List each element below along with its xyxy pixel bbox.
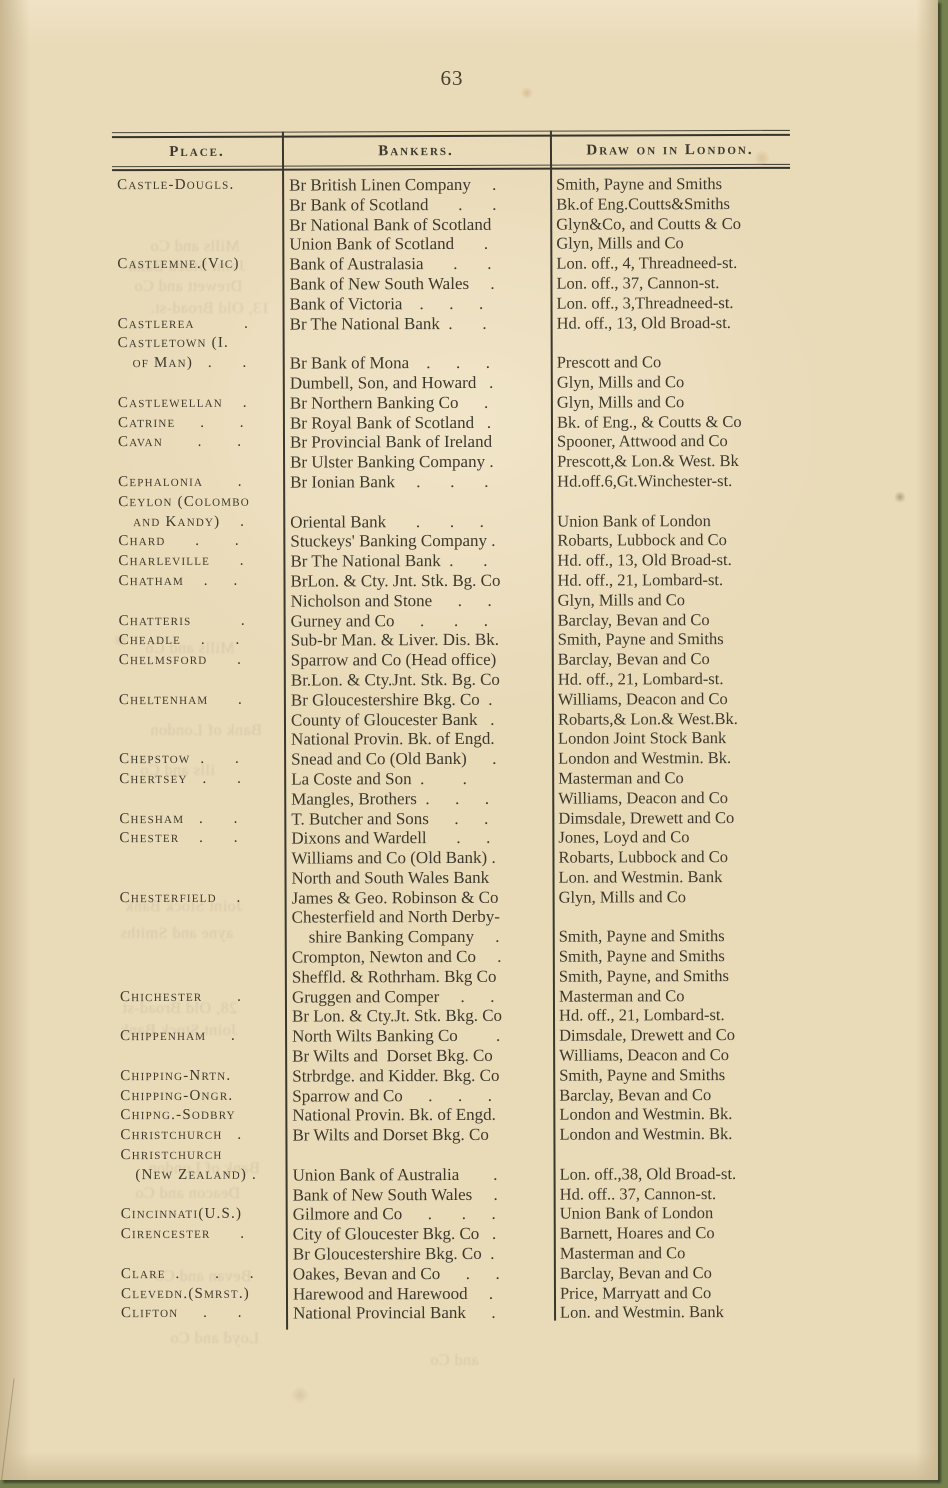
table-row: Br Gloucestershire Bkg. Co . Masterman a…	[116, 1243, 794, 1265]
place-cell: Cavan . .	[113, 433, 283, 453]
place-cell: Castlewellan .	[113, 393, 283, 413]
bankers-cell: Gilmore and Co . . .	[286, 1204, 554, 1225]
place-cell: Castletown (I.	[113, 334, 283, 354]
draw-on-cell: Lon. off., 37, Cannon-st.	[550, 273, 790, 294]
bleedthrough-text: Deacon and Co	[135, 1185, 240, 1203]
bankers-cell: T. Butcher and Sons . .	[284, 808, 552, 829]
draw-on-cell: Glyn, Mills and Co	[550, 233, 790, 254]
bleedthrough-text: Bank of London	[150, 722, 262, 740]
table-row: Williams and Co (Old Bank) . Robarts, Lu…	[114, 847, 792, 869]
place-cell	[114, 591, 284, 611]
bankers-cell: National Provincial Bank .	[286, 1303, 554, 1324]
bleedthrough-text: ayne and Smiths	[120, 925, 233, 943]
table-row: Chipping-Ongr. Sparrow and Co . . . Barc…	[115, 1084, 793, 1106]
bankers-cell: Crompton, Newton and Co .	[285, 947, 553, 968]
table-row: Nicholson and Stone . . Glyn, Mills and …	[114, 590, 792, 612]
draw-on-cell: Lon. and Westmin. Bank	[554, 1302, 794, 1323]
draw-on-cell: Lon. off., 3,Threadneed-st.	[550, 293, 790, 314]
table-row: Br Wilts and Dorset Bkg. Co Williams, De…	[115, 1045, 793, 1067]
place-cell: Castle-Dougls.	[112, 176, 282, 196]
draw-on-cell: Union Bank of London	[551, 510, 791, 531]
place-cell	[114, 868, 284, 888]
bankers-cell: shire Banking Company .	[285, 927, 553, 948]
bleedthrough-text: Mills and Co	[145, 640, 235, 658]
bankers-cell: Sparrow and Co (Head office)	[284, 650, 552, 671]
place-cell: Charleville .	[113, 552, 283, 572]
table-row: Christchurch . Br Wilts and Dorset Bkg. …	[115, 1124, 793, 1146]
bankers-cell: La Coste and Son . .	[284, 769, 552, 790]
draw-on-cell: Barnett, Hoares and Co	[554, 1223, 794, 1244]
bankers-cell: Br Bank of Scotland . .	[282, 194, 550, 215]
bankers-cell: Sub-br Man. & Liver. Dis. Bk.	[284, 630, 552, 651]
draw-on-cell: Lon. off., 4, Threadneed-st.	[550, 253, 790, 274]
draw-on-cell: Williams, Deacon and Co	[552, 689, 792, 710]
bankers-cell: Br The National Bank . .	[283, 551, 551, 572]
table-row: Chipping-Nrtn. Strbrdge. and Kidder. Bkg…	[115, 1065, 793, 1087]
draw-on-cell: Bk.of Eng.Coutts&Smiths	[550, 194, 790, 215]
bankers-cell: Br The National Bank . .	[283, 313, 551, 334]
place-cell: Cephalonia .	[113, 473, 283, 493]
bankers-cell	[285, 1145, 553, 1166]
draw-on-cell: Hd. off., 13, Old Broad-st.	[551, 312, 791, 333]
table-row: Cavan . . Br Provincial Bank of Ireland …	[113, 431, 791, 453]
bankers-cell	[283, 491, 551, 512]
bankers-cell: Br Gloucestershire Bkg. Co .	[284, 689, 552, 710]
draw-on-cell: London Joint Stock Bank	[552, 728, 792, 749]
bleedthrough-text: 28, Old Broad-st	[122, 1000, 237, 1018]
draw-on-cell: Bk. of Eng., & Coutts & Co	[551, 411, 791, 432]
draw-on-cell: Barclay, Bevan and Co	[552, 649, 792, 670]
bankers-cell: National Provin. Bk. of Engd.	[284, 729, 552, 750]
table-row: Dumbell, Son, and Howard . Glyn, Mills a…	[113, 372, 791, 394]
bankers-cell: Br.Lon. & Cty.Jnt. Stk. Bg. Co	[284, 670, 552, 691]
column-header-bankers: Bankers.	[282, 142, 550, 160]
table-row: Chester . . Dixons and Wardell . . Jones…	[114, 827, 792, 849]
place-cell: Ceylon (Colombo	[113, 492, 283, 512]
place-cell: of Man) . .	[113, 354, 283, 374]
place-cell	[114, 789, 284, 809]
table-row: Chepstow . . Snead and Co (Old Bank) . L…	[114, 748, 792, 770]
table-body: Castle-Dougls. Br British Linen Company …	[112, 169, 794, 1325]
draw-on-cell: London and Westmin. Bk.	[552, 748, 792, 769]
bankers-cell: North and South Wales Bank	[284, 868, 552, 889]
place-cell: Chipping-Nrtn.	[115, 1066, 285, 1086]
draw-on-cell: Barclay, Bevan and Co	[553, 1084, 793, 1105]
bankers-cell: Br Lon. & Cty.Jt. Stk. Bkg. Co	[285, 1006, 553, 1027]
place-cell: Clevedn.(Smrst.)	[116, 1284, 286, 1304]
table-row: Castletown (I.	[113, 332, 791, 354]
place-cell	[115, 1047, 285, 1067]
bleedthrough-text: Bank of London	[148, 1160, 260, 1178]
draw-on-cell: Smith, Payne and Smiths	[553, 926, 793, 947]
place-cell	[113, 453, 283, 473]
bleedthrough-text: ills and Co	[140, 762, 215, 780]
draw-on-cell: Smith, Payne and Smiths	[553, 1065, 793, 1086]
bankers-cell: Gurney and Co . . .	[284, 610, 552, 631]
draw-on-cell: Masterman and Co	[554, 1243, 794, 1264]
place-cell: Chesham . .	[114, 809, 284, 829]
place-cell	[112, 195, 282, 215]
draw-on-cell: Glyn&Co, and Coutts & Co	[550, 213, 790, 234]
place-cell: Chipping-Ongr.	[115, 1086, 285, 1106]
bankers-cell: BrLon. & Cty. Jnt. Stk. Bg. Co	[283, 571, 551, 592]
table-row: Cephalonia . Br Ionian Bank . . . Hd.off…	[113, 471, 791, 493]
draw-on-cell: Glyn, Mills and Co	[551, 372, 791, 393]
bankers-cell: Mangles, Brothers . . .	[284, 788, 552, 809]
bankers-cell: Chesterfield and North Derby-	[285, 907, 553, 928]
bankers-cell: Harewood and Harewood .	[286, 1283, 554, 1304]
bleedthrough-text: Bevan and Co	[155, 1268, 252, 1286]
bankers-cell: Union Bank of Australia .	[286, 1164, 554, 1185]
table-row: Chipng.-Sodbry National Provin. Bk. of E…	[115, 1104, 793, 1126]
bankers-cell: Br Gloucestershire Bkg. Co .	[286, 1244, 554, 1265]
place-cell: Chatham . .	[113, 572, 283, 592]
table-row: Crompton, Newton and Co . Smith, Payne a…	[115, 946, 793, 968]
draw-on-cell: Robarts,& Lon.& West.Bk.	[552, 708, 792, 729]
draw-on-cell	[551, 332, 791, 353]
bankers-cell: Williams and Co (Old Bank) .	[284, 848, 552, 869]
place-cell: Chester . .	[114, 829, 284, 849]
draw-on-cell: Lon. and Westmin. Bank	[552, 867, 792, 888]
page-number: 63	[0, 66, 904, 91]
place-cell	[113, 374, 283, 394]
bankers-cell: Sheffld. & Rothrham. Bkg Co	[285, 967, 553, 988]
table-row: Cincinnati(U.S.) Gilmore and Co . . . Un…	[116, 1203, 794, 1225]
draw-on-cell: Jones, Loyd and Co	[552, 827, 792, 848]
draw-on-cell: Robarts, Lubbock and Co	[552, 847, 792, 868]
place-cell	[115, 948, 285, 968]
draw-on-cell: Glyn, Mills and Co	[551, 392, 791, 413]
bankers-cell: National Provin. Bk. of Engd.	[285, 1105, 553, 1126]
draw-on-cell: Williams, Deacon and Co	[552, 788, 792, 809]
bankers-cell: Bank of Victoria . . .	[282, 293, 550, 314]
table-row: Chatteris . Gurney and Co . . . Barclay,…	[114, 609, 792, 631]
place-cell	[114, 671, 284, 691]
place-cell	[116, 1245, 286, 1265]
table-row: Chatham . . BrLon. & Cty. Jnt. Stk. Bg. …	[113, 570, 791, 592]
table-row: North and South Wales Bank Lon. and West…	[114, 867, 792, 889]
draw-on-cell: Hd. off., 13, Old Broad-st.	[551, 550, 791, 571]
place-cell	[112, 215, 282, 235]
bankers-cell: Bank of New South Wales .	[282, 274, 550, 295]
bankers-cell: Bank of New South Wales .	[286, 1184, 554, 1205]
table-row: Charleville . Br The National Bank . . H…	[113, 550, 791, 572]
bankers-cell	[283, 333, 551, 354]
table-row: of Man) . . Br Bank of Mona . . . Presco…	[113, 352, 791, 374]
bankers-cell: Strbrdge. and Kidder. Bkg. Co	[285, 1066, 553, 1087]
table-row: Sheffld. & Rothrham. Bkg Co Smith, Payne…	[115, 966, 793, 988]
draw-on-cell: Prescott,& Lon.& West. Bk	[551, 451, 791, 472]
bleedthrough-text: Joint Stock Bank	[128, 258, 245, 276]
place-cell: Cirencester .	[116, 1225, 286, 1245]
table-row: Br National Bank of Scotland Glyn&Co, an…	[112, 213, 790, 235]
draw-on-cell: Dimsdale, Drewett and Co	[552, 807, 792, 828]
draw-on-cell: Barclay, Bevan and Co	[554, 1263, 794, 1284]
place-cell: Cincinnati(U.S.)	[116, 1205, 286, 1225]
draw-on-cell: London and Westmin. Bk.	[553, 1124, 793, 1145]
table-row: Br Ulster Banking Company . Prescott,& L…	[113, 451, 791, 473]
table-row: Ceylon (Colombo	[113, 491, 791, 513]
bankers-cell: Br National Bank of Scotland	[282, 214, 550, 235]
bleedthrough-text: and Co	[430, 1352, 479, 1370]
place-cell: Catrine . .	[113, 413, 283, 433]
bankers-cell: Dixons and Wardell . .	[284, 828, 552, 849]
bankers-cell: Br Royal Bank of Scotland .	[283, 412, 551, 433]
place-cell: and Kandy) .	[113, 512, 283, 532]
bankers-cell: Br Bank of Mona . . .	[283, 353, 551, 374]
draw-on-cell: Union Bank of London	[554, 1203, 794, 1224]
draw-on-cell: Hd.off.6,Gt.Winchester-st.	[551, 471, 791, 492]
bankers-cell: Nicholson and Stone . .	[284, 590, 552, 611]
table-header: Place. Bankers. Draw on in London.	[112, 136, 790, 166]
draw-on-cell	[553, 1144, 793, 1165]
table-row: Castlewellan . Br Northern Banking Co . …	[113, 392, 791, 414]
draw-on-cell: Price, Marryatt and Co	[554, 1282, 794, 1303]
page-crease	[0, 1378, 14, 1480]
place-cell: Chipng.-Sodbry	[115, 1106, 285, 1126]
bankers-cell: Stuckeys' Banking Company .	[283, 531, 551, 552]
table-row: Chard . . Stuckeys' Banking Company . Ro…	[113, 530, 791, 552]
place-cell: Chard . .	[113, 532, 283, 552]
bankers-cell: Br Northern Banking Co .	[283, 392, 551, 413]
bankers-cell: Sparrow and Co . . .	[285, 1085, 553, 1106]
bleedthrough-text: Loyd and Co	[170, 1330, 259, 1348]
bankers-cell: Br British Linen Company .	[282, 175, 550, 196]
bankers-cell: Snead and Co (Old Bank) .	[284, 749, 552, 770]
draw-on-cell	[551, 491, 791, 512]
place-cell: Clifton . .	[116, 1304, 286, 1324]
bankers-cell: Union Bank of Scotland .	[282, 234, 550, 255]
table-row: Chesham . . T. Butcher and Sons . . Dims…	[114, 807, 792, 829]
bankers-cell: James & Geo. Robinson & Co	[285, 887, 553, 908]
table-row: Cirencester . City of Gloucester Bkg. Co…	[116, 1223, 794, 1245]
bleedthrough-text: Joint Stock Bank	[125, 898, 242, 916]
bankers-cell: City of Gloucester Bkg. Co .	[286, 1224, 554, 1245]
table-row: Mangles, Brothers . . . Williams, Deacon…	[114, 788, 792, 810]
draw-on-cell: Hd. off., 21, Lombard-st.	[553, 1005, 793, 1026]
bankers-cell: Br Ionian Bank . . .	[283, 472, 551, 493]
table-row: and Kandy) . Oriental Bank . . . Union B…	[113, 510, 791, 532]
bankers-cell: Oakes, Bevan and Co . .	[286, 1263, 554, 1284]
table-row: Catrine . . Br Royal Bank of Scotland . …	[113, 411, 791, 433]
draw-on-cell: Dimsdale, Drewett and Co	[553, 1025, 793, 1046]
place-cell: Cheltenham .	[114, 690, 284, 710]
draw-on-cell: Smith, Payne and Smiths	[552, 629, 792, 650]
place-cell	[115, 967, 285, 987]
place-cell: Christchurch .	[115, 1126, 285, 1146]
draw-on-cell: Smith, Payne and Smiths	[553, 946, 793, 967]
place-cell	[114, 849, 284, 869]
bankers-cell: Dumbell, Son, and Howard .	[283, 373, 551, 394]
draw-on-cell: Smith, Payne, and Smiths	[553, 966, 793, 987]
bankers-cell: Br Wilts and Dorset Bkg. Co	[285, 1125, 553, 1146]
bankers-cell: Bank of Australasia . .	[282, 254, 550, 275]
draw-on-cell: Masterman and Co	[552, 768, 792, 789]
table-row: Br Bank of Scotland . . Bk.of Eng.Coutts…	[112, 194, 790, 216]
bankers-cell: Oriental Bank . . .	[283, 511, 551, 532]
draw-on-cell: Smith, Payne and Smiths	[550, 174, 790, 195]
draw-on-cell: Spooner, Attwood and Co	[551, 431, 791, 452]
draw-on-cell: Barclay, Bevan and Co	[552, 609, 792, 630]
draw-on-cell: Robarts, Lubbock and Co	[551, 530, 791, 551]
bankers-cell: Br Wilts and Dorset Bkg. Co	[285, 1046, 553, 1067]
column-header-draw-on-in-london: Draw on in London.	[550, 141, 790, 159]
draw-on-cell: Hd. off., 21, Lombard-st.	[552, 669, 792, 690]
draw-on-cell: Lon. off.,38, Old Broad-st.	[554, 1164, 794, 1185]
bleedthrough-text: Joint Stock Bank	[120, 1022, 237, 1040]
draw-on-cell: Williams, Deacon and Co	[553, 1045, 793, 1066]
draw-on-cell: Masterman and Co	[553, 985, 793, 1006]
draw-on-cell: Hd. off., 21, Lombard-st.	[551, 570, 791, 591]
draw-on-cell: Glyn, Mills and Co	[553, 887, 793, 908]
bankers-cell: Gruggen and Comper . .	[285, 986, 553, 1007]
table-row: Clifton . . National Provincial Bank . L…	[116, 1302, 794, 1324]
table-row: Castle-Dougls. Br British Linen Company …	[112, 174, 790, 196]
bankers-cell: Br Ulster Banking Company .	[283, 452, 551, 473]
draw-on-cell: London and Westmin. Bk.	[553, 1104, 793, 1125]
bleedthrough-text: 13, Old Broad-st.	[150, 300, 270, 318]
bankers-cell: Br Provincial Bank of Ireland	[283, 432, 551, 453]
bleedthrough-text: Drewett and Co	[134, 278, 242, 296]
place-cell: Chatteris .	[114, 611, 284, 631]
draw-on-cell	[553, 906, 793, 927]
table-row: Chertsey . . La Coste and Son . . Master…	[114, 768, 792, 790]
bleedthrough-text: Mills and Co	[150, 238, 240, 256]
table-row: Br.Lon. & Cty.Jnt. Stk. Bg. Co Hd. off.,…	[114, 669, 792, 691]
bankers-cell: North Wilts Banking Co .	[285, 1026, 553, 1047]
draw-on-cell: Hd. off.. 37, Cannon-st.	[554, 1183, 794, 1204]
bankers-cell: County of Gloucester Bank .	[284, 709, 552, 730]
book-page: 63 Place. Bankers. Draw on in London. Ca…	[0, 0, 938, 1480]
table-row: Cheltenham . Br Gloucestershire Bkg. Co …	[114, 689, 792, 711]
column-header-place: Place.	[112, 143, 282, 161]
draw-on-cell: Glyn, Mills and Co	[552, 590, 792, 611]
draw-on-cell: Prescott and Co	[551, 352, 791, 373]
